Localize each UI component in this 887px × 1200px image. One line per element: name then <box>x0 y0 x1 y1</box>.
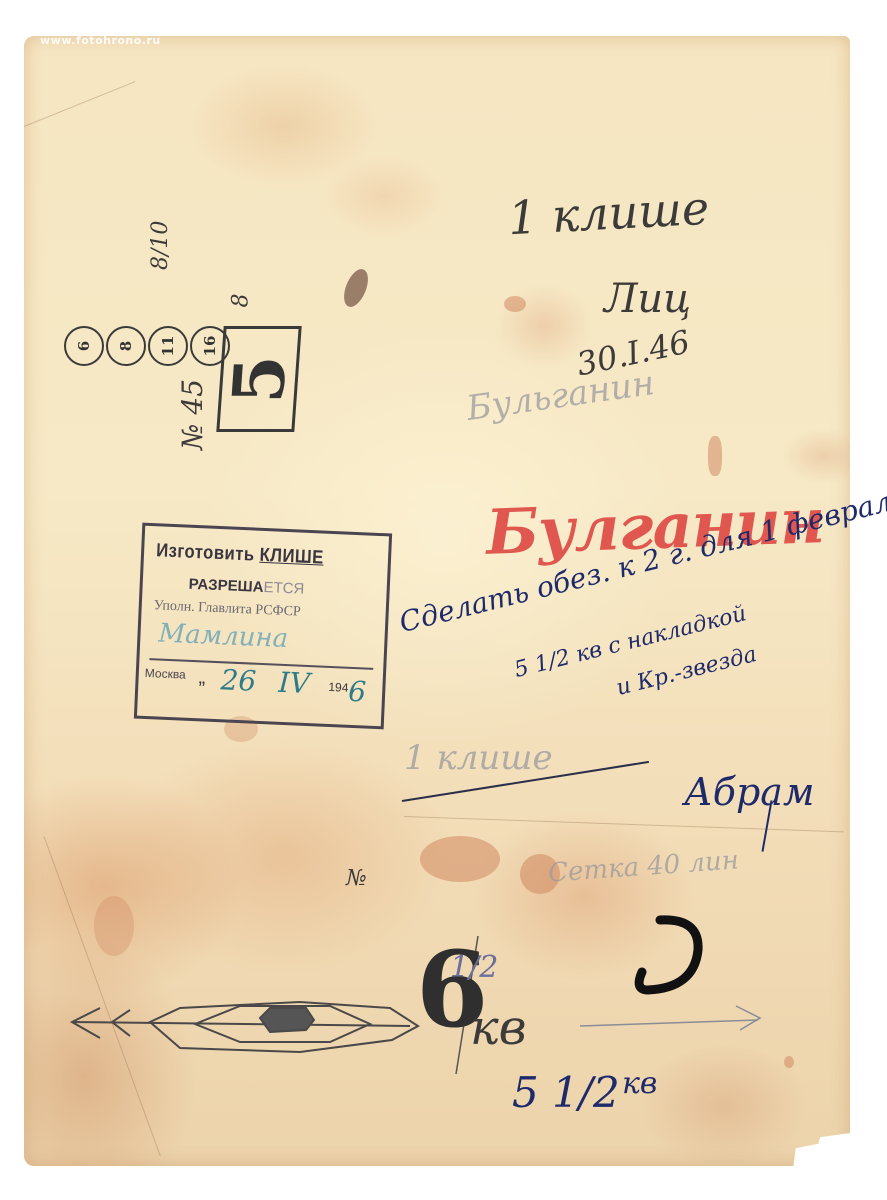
paper-crease <box>44 836 161 1156</box>
size-alt: 5 1/2 <box>512 1068 620 1117</box>
size-alt-unit: кв <box>622 1066 657 1101</box>
struck-out-note: 1 клише <box>404 738 553 778</box>
stamp-year-suffix: 6 <box>348 675 367 709</box>
ink-blot <box>339 266 373 311</box>
rotated-numbers: 8/10 <box>148 221 173 270</box>
rotated-label: № 45 <box>176 379 209 450</box>
size-fraction: 1/2 <box>450 950 498 985</box>
circled-number: 8 <box>106 326 146 366</box>
stain-spot <box>94 896 134 956</box>
rotated-eight: 8 <box>229 294 254 308</box>
instruction-signature: Абрам <box>684 770 814 814</box>
size-unit: кв <box>470 1000 527 1056</box>
stain-spot <box>420 836 500 882</box>
small-scribble: № <box>346 866 367 891</box>
stamp-line-3: Уполн. Главлита РСФСР <box>153 598 301 620</box>
stamp-year-prefix: 194 <box>328 680 349 695</box>
paper-crease <box>404 816 844 832</box>
censorship-stamp: Изготовить КЛИШЕ РАЗРЕШАЕТСЯ Уполн. Глав… <box>134 523 392 730</box>
note-signature-top: Лиц <box>604 276 691 322</box>
paper-crease <box>24 81 136 127</box>
watermark: www.fotohrono.ru <box>40 34 161 47</box>
boxed-number: 5 <box>216 326 301 432</box>
stamp-day: 26 <box>220 663 257 698</box>
stain-spot <box>504 296 526 312</box>
stamp-line-1: Изготовить КЛИШЕ <box>156 540 324 569</box>
stamp-signature: Мамлина <box>158 618 289 654</box>
stain-spot <box>784 1056 794 1068</box>
circled-numbers: 6 8 11 16 <box>64 326 230 366</box>
circled-number: 6 <box>64 326 104 366</box>
circled-number: 11 <box>148 326 188 366</box>
torn-corner <box>768 1124 852 1168</box>
stain-spot <box>708 436 722 476</box>
stamp-line-2: РАЗРЕШАЕТСЯ <box>188 576 304 598</box>
note-one-cliche: 1 клише <box>507 181 711 245</box>
boxed-number-value: 5 <box>216 355 302 404</box>
stamp-month: IV <box>278 666 311 700</box>
stamp-quote: „ <box>198 666 206 689</box>
